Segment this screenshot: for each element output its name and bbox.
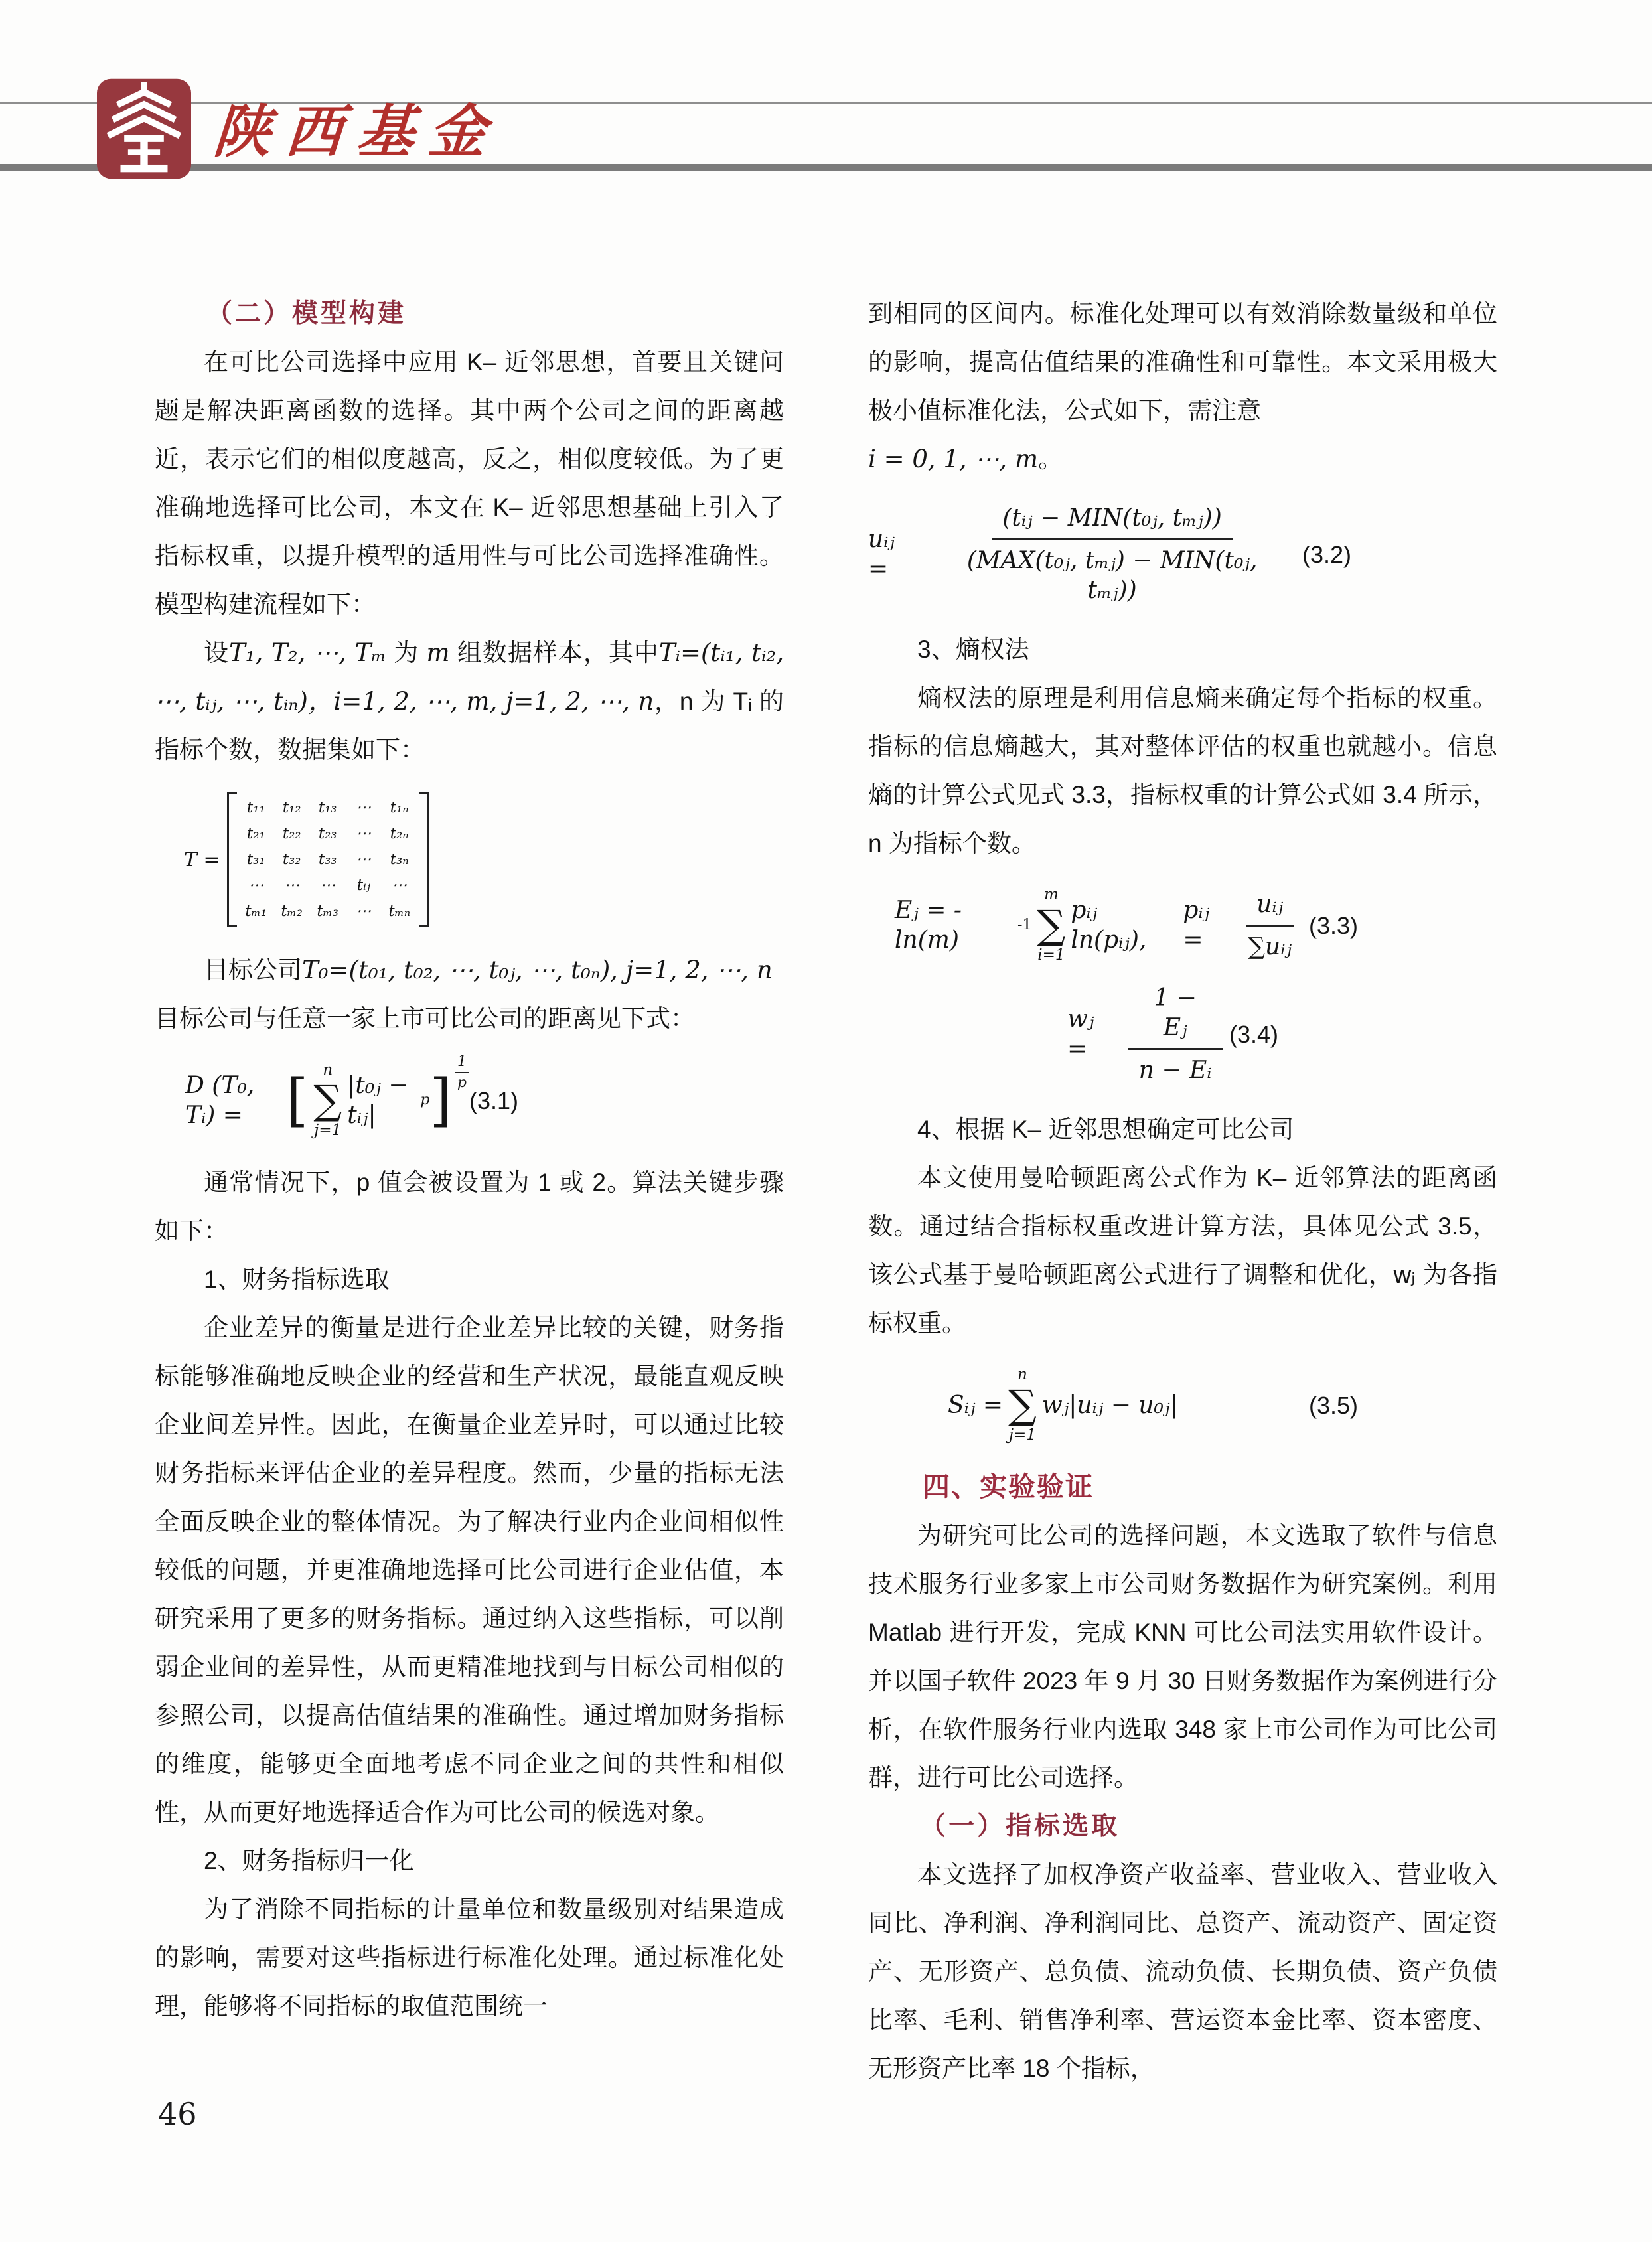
pagoda-seal-icon: [97, 78, 191, 179]
formula-tag: (3.3): [1309, 911, 1358, 940]
paragraph: 为研究可比公司的选择问题，本文选取了软件与信息技术服务行业多家上市公司财务数据作…: [868, 1511, 1497, 1802]
section-heading-experiment: 四、实验验证: [868, 1463, 1497, 1511]
paragraph: 通常情况下，p 值会被设置为 1 或 2。算法关键步骤如下：: [155, 1158, 784, 1255]
matrix-bracket-right: [419, 792, 429, 927]
journal-title: 陕西基金: [212, 101, 503, 164]
journal-page: 陕西基金 （二）模型构建 在可比公司选择中应用 K– 近邻思想，首要且关键问题是…: [0, 0, 1652, 2242]
formula-tag: (3.1): [469, 1086, 518, 1116]
paragraph: 本文使用曼哈顿距离公式作为 K– 近邻算法的距离函数。通过结合指标权重改进计算方…: [868, 1154, 1497, 1347]
summation: n ∑ j=1: [1008, 1367, 1037, 1443]
formula-3-1: D (T₀, Tᵢ) = [ n ∑ j=1 |t₀ⱼ − tᵢⱼ|p ] 1 …: [185, 1063, 784, 1138]
column-left: （二）模型构建 在可比公司选择中应用 K– 近邻思想，首要且关键问题是解决距离函…: [155, 289, 784, 2030]
formula-3-3: Eⱼ = - ln(m)-1 m ∑ i=1 pᵢⱼ ln(pᵢⱼ), pᵢⱼ …: [895, 887, 1497, 963]
paragraph: 企业差异的衡量是进行企业差异比较的关键，财务指标能够准确地反映企业的经营和生产状…: [155, 1304, 784, 1836]
bracket-right: ]: [429, 1072, 452, 1129]
paragraph: 目标公司与任意一家上市可比公司的距离见下式：: [155, 994, 784, 1043]
fraction: uᵢⱼ ∑uᵢⱼ: [1237, 889, 1302, 962]
formula-3-5: Sᵢⱼ = n ∑ j=1 wⱼ|uᵢⱼ − u₀ⱼ| (3.5): [948, 1367, 1497, 1443]
subheading-4: 4、根据 K– 近邻思想确定可比公司: [868, 1105, 1497, 1154]
matrix-lhs: T =: [184, 850, 220, 870]
formula-tag: (3.2): [1302, 540, 1351, 569]
fraction: (tᵢⱼ − MIN(t₀ⱼ, tₘⱼ)) (MAX(t₀ⱼ, tₘⱼ) − M…: [929, 503, 1296, 605]
column-right: 到相同的区间内。标准化处理可以有效消除数量级和单位的影响，提高估值结果的准确性和…: [868, 289, 1497, 2093]
paragraph-with-math: 到相同的区间内。标准化处理可以有效消除数量级和单位的影响，提高估值结果的准确性和…: [868, 289, 1497, 483]
page-number: 46: [158, 2096, 197, 2132]
section-heading-model: （二）模型构建: [155, 289, 784, 338]
subheading-1: 1、财务指标选取: [155, 1255, 784, 1304]
paragraph: 本文选择了加权净资产收益率、营业收入、营业收入同比、净利润、净利润同比、总资产、…: [868, 1850, 1497, 2093]
summation: m ∑ i=1: [1037, 887, 1065, 963]
formula-tag: (3.4): [1229, 1019, 1278, 1049]
paragraph-with-math: 目标公司T₀=(t₀₁, t₀₂, ⋯, t₀ⱼ, ⋯, t₀ₙ), j=1, …: [155, 946, 784, 994]
formula-3-2: uᵢⱼ = (tᵢⱼ − MIN(t₀ⱼ, tₘⱼ)) (MAX(t₀ⱼ, tₘ…: [868, 503, 1497, 605]
formula-3-4: wⱼ = 1 − Eⱼ n − Eᵢ (3.4): [1067, 983, 1497, 1085]
subheading-2: 2、财务指标归一化: [155, 1836, 784, 1885]
paragraph: 为了消除不同指标的计量单位和数量级别对结果造成的影响，需要对这些指标进行标准化处…: [155, 1885, 784, 2030]
matrix-T: T = t₁₁t₁₂t₁₃⋯t₁ₙ t₂₁t₂₂t₂₃⋯t₂ₙ t₃₁t₃₂t₃…: [184, 792, 784, 927]
subheading-3: 3、熵权法: [868, 625, 1497, 674]
exponent-one-over-p: 1 p: [455, 1055, 469, 1090]
paragraph-with-math: 设T₁, T₂, ⋯, Tₘ 为 m 组数据样本，其中Tᵢ=(tᵢ₁, tᵢ₂,…: [155, 629, 784, 774]
summation: n ∑ j=1: [313, 1063, 342, 1138]
paragraph: 熵权法的原理是利用信息熵来确定每个指标的权重。指标的信息熵越大，其对整体评估的权…: [868, 674, 1497, 867]
paragraph: 在可比公司选择中应用 K– 近邻思想，首要且关键问题是解决距离函数的选择。其中两…: [155, 338, 784, 629]
section-heading-indicator: （一）指标选取: [868, 1802, 1497, 1850]
matrix-bracket-left: [227, 792, 237, 927]
formula-tag: (3.5): [1309, 1390, 1358, 1420]
bracket-left: [: [286, 1072, 309, 1129]
matrix-cells: t₁₁t₁₂t₁₃⋯t₁ₙ t₂₁t₂₂t₂₃⋯t₂ₙ t₃₁t₃₂t₃₃⋯t₃…: [237, 792, 419, 927]
fraction: 1 − Eⱼ n − Eᵢ: [1128, 983, 1223, 1085]
